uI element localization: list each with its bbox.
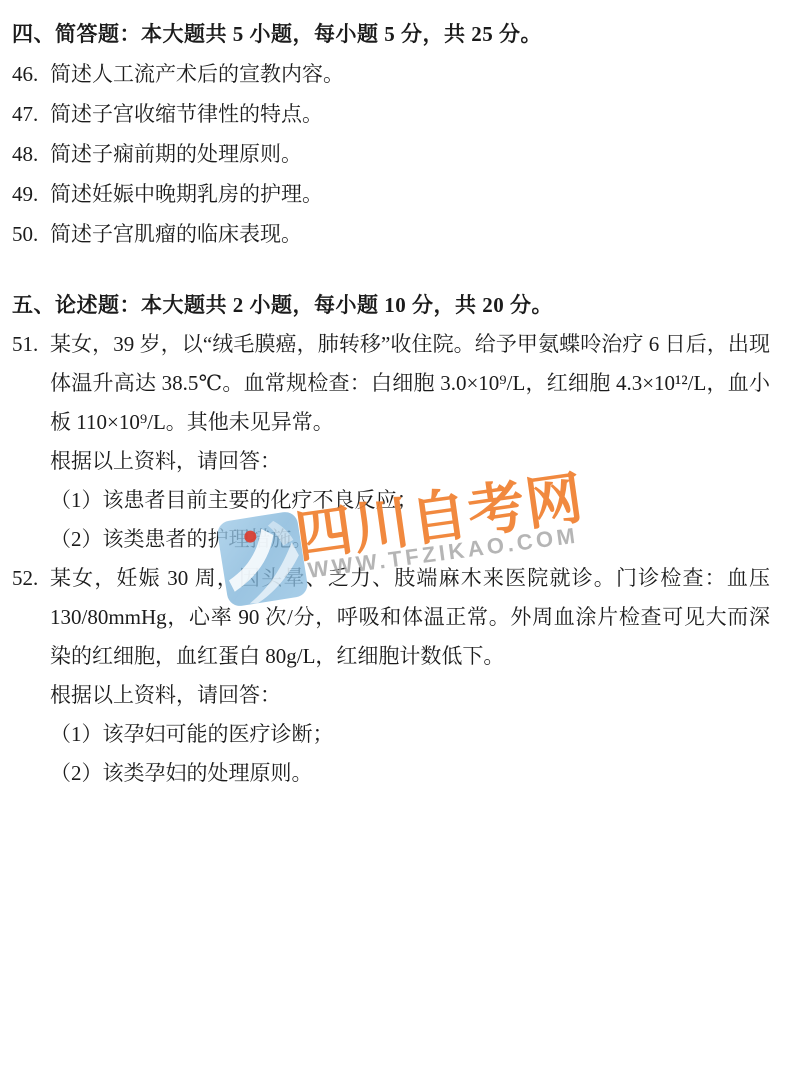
subquestion: （1）该患者目前主要的化疗不良反应； [50,481,770,520]
question-row: 47. 简述子宫收缩节律性的特点。 [12,94,770,134]
question-number: 52. [12,559,38,598]
subquestion: （1）该孕妇可能的医疗诊断； [50,715,770,754]
question-row: 50. 简述子宫肌瘤的临床表现。 [12,214,770,254]
answer-prompt: 根据以上资料，请回答： [50,442,770,481]
question-text: 简述子痫前期的处理原则。 [50,142,302,166]
question-number: 47. [12,94,38,134]
section-essay: 五、论述题：本大题共 2 小题，每小题 10 分，共 20 分。 51. 某女，… [12,286,770,793]
question-row: 48. 简述子痫前期的处理原则。 [12,134,770,174]
question-text: 简述妊娠中晚期乳房的护理。 [50,182,323,206]
subquestion: （2）该类患者的护理措施。 [50,520,770,559]
question-number: 50. [12,214,38,254]
exam-content: 四、简答题：本大题共 5 小题，每小题 5 分，共 25 分。 46. 简述人工… [0,0,800,793]
question-text: 简述子宫收缩节律性的特点。 [50,102,323,126]
question-number: 48. [12,134,38,174]
question-number: 49. [12,174,38,214]
question-number: 46. [12,54,38,94]
case-body: 某女，39 岁，以“绒毛膜癌，肺转移”收住院。给予甲氨蝶呤治疗 6 日后，出现体… [50,325,770,442]
question-row: 46. 简述人工流产术后的宣教内容。 [12,54,770,94]
question-text: 简述人工流产术后的宣教内容。 [50,62,344,86]
question-number: 51. [12,325,38,364]
section-heading: 五、论述题：本大题共 2 小题，每小题 10 分，共 20 分。 [12,286,770,325]
question-row: 49. 简述妊娠中晚期乳房的护理。 [12,174,770,214]
question-text: 简述子宫肌瘤的临床表现。 [50,222,302,246]
case-body: 某女，妊娠 30 周，因头晕、乏力、肢端麻木来医院就诊。门诊检查：血压 130/… [50,559,770,676]
section-short-answer: 四、简答题：本大题共 5 小题，每小题 5 分，共 25 分。 46. 简述人工… [12,14,770,254]
question-row: 51. 某女，39 岁，以“绒毛膜癌，肺转移”收住院。给予甲氨蝶呤治疗 6 日后… [12,325,770,559]
subquestion: （2）该类孕妇的处理原则。 [50,754,770,793]
question-row: 52. 某女，妊娠 30 周，因头晕、乏力、肢端麻木来医院就诊。门诊检查：血压 … [12,559,770,793]
section-heading: 四、简答题：本大题共 5 小题，每小题 5 分，共 25 分。 [12,14,770,54]
exam-page: 四、简答题：本大题共 5 小题，每小题 5 分，共 25 分。 46. 简述人工… [0,0,800,1065]
answer-prompt: 根据以上资料，请回答： [50,676,770,715]
